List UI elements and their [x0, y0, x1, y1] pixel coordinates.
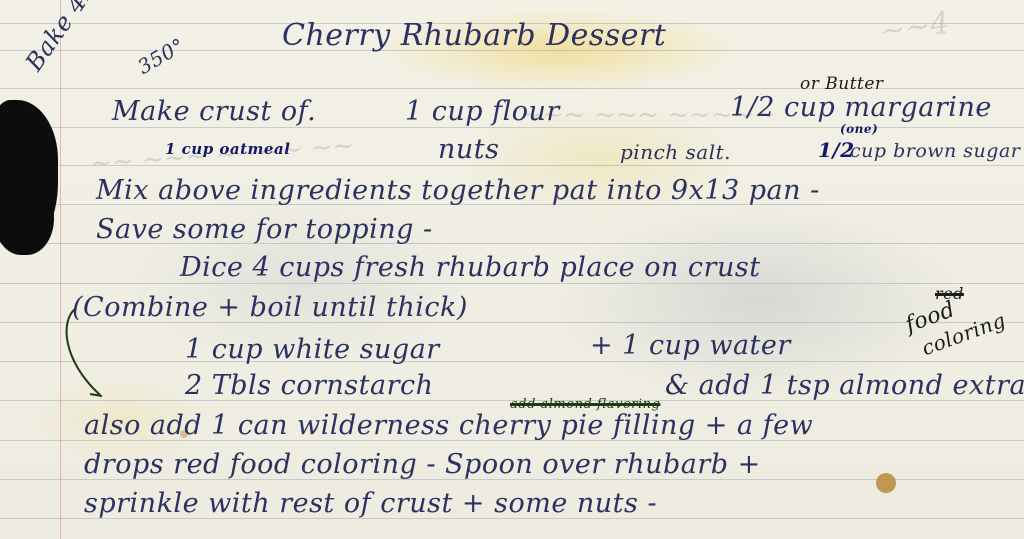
- crust-salt: pinch salt.: [620, 140, 731, 164]
- margin-line: [60, 0, 61, 539]
- instruction-line: Dice 4 cups fresh rhubarb place on crust: [180, 252, 761, 283]
- crust-brown-sugar: cup brown sugar: [850, 140, 1020, 162]
- instruction-line: drops red food coloring - Spoon over rhu…: [84, 449, 761, 480]
- instruction-line: also add 1 can wilderness cherry pie fil…: [84, 410, 813, 441]
- recipe-card: ~~ ~~~ ~~~~ ~~ ~~~ ~~~ ~~~~~ ~~4 Cherry …: [0, 0, 1024, 539]
- recipe-title: Cherry Rhubarb Dessert: [282, 18, 666, 53]
- curved-arrow-icon: [60, 300, 120, 400]
- instruction-line: & add 1 tsp almond extract: [665, 370, 1024, 401]
- instruction-line: + 1 cup water: [590, 330, 791, 361]
- crust-margarine: 1/2 cup margarine: [730, 92, 992, 123]
- instruction-line: Mix above ingredients together pat into …: [96, 175, 820, 206]
- ruled-line: [0, 361, 1024, 362]
- crust-flour: 1 cup flour: [405, 96, 560, 127]
- oatmeal-note: 1 cup oatmeal: [165, 140, 290, 158]
- crust-nuts: nuts: [438, 134, 499, 165]
- butter-alt-note: or Butter: [800, 74, 884, 94]
- instruction-line: 2 Tbls cornstarch: [185, 370, 434, 401]
- ruled-line: [0, 283, 1024, 284]
- bake-temp-note: 350°: [133, 33, 188, 79]
- stain-spot: [876, 473, 896, 493]
- bleed-through-text: ~~4: [878, 5, 952, 49]
- instruction-line: 1 cup white sugar: [185, 334, 440, 365]
- bake-time-note: Bake 45 min: [20, 0, 133, 76]
- brown-sugar-correction: (one): [840, 122, 878, 136]
- instruction-line: (Combine + boil until thick): [72, 292, 468, 323]
- instruction-line: sprinkle with rest of crust + some nuts …: [84, 488, 657, 519]
- instruction-line: Save some for topping -: [96, 214, 433, 245]
- crust-lead: Make crust of.: [112, 96, 316, 127]
